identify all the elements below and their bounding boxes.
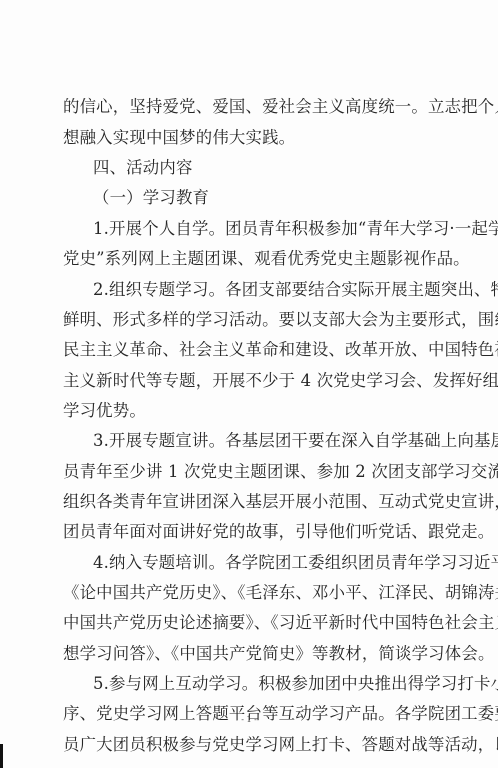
document-page: 的信心，坚持爱党、爱国、爱社会主义高度统一。立志把个人梦 想融入实现中国梦的伟大…: [0, 0, 498, 768]
paragraph-line: 民主主义革命、社会主义革命和建设、改革开放、中国特色社会: [63, 340, 455, 360]
scan-edge-mark: [0, 744, 3, 768]
subsection-heading: （一）学习教育: [93, 188, 485, 208]
paragraph-line: 想融入实现中国梦的伟大实践。: [63, 128, 455, 148]
paragraph-line: 主义新时代等专题，开展不少于 4 次党史学习会、发挥好组织化: [63, 371, 455, 391]
section-heading: 四、活动内容: [93, 158, 485, 178]
paragraph-line: 团员青年面对面讲好党的故事，引导他们听党话、跟党走。: [63, 522, 455, 542]
paragraph-line: 1.开展个人自学。团员青年积极参加“青年大学习·一起学: [93, 219, 455, 239]
paragraph-line: 学习优势。: [63, 401, 455, 421]
paragraph-line: 《论中国共产党历史》、《毛泽东、邓小平、江泽民、胡锦涛关于: [63, 583, 455, 603]
paragraph-line: 2.组织专题学习。各团支部要结合实际开展主题突出、特色: [93, 280, 455, 300]
paragraph-line: 3.开展专题宣讲。各基层团干要在深入自学基础上向基层团: [93, 431, 455, 451]
paragraph-line: 组织各类青年宣讲团深入基层开展小范围、互动式党史宣讲，向: [63, 492, 455, 512]
paragraph-line: 鲜明、形式多样的学习活动。要以支部大会为主要形式，围绕新: [63, 310, 455, 330]
paragraph-line: 员青年至少讲 1 次党史主题团课、参加 2 次团支部学习交流活动。: [63, 462, 455, 482]
paragraph-line: 中国共产党历史论述摘要》、《习近平新时代中国特色社会主义思: [63, 613, 455, 633]
paragraph-line: 员广大团员积极参与党史学习网上打卡、答题对战等活动，以更: [63, 735, 455, 755]
paragraph-line: 4.纳入专题培训。各学院团工委组织团员青年学习习近平: [93, 553, 455, 573]
paragraph-line: 党史”系列网上主题团课、观看优秀党史主题影视作品。: [63, 249, 455, 269]
paragraph-line: 想学习问答》、《中国共产党简史》等教材，简谈学习体会。: [63, 644, 455, 664]
page-number: - 1 -: [0, 715, 498, 724]
paragraph-line: 5.参与网上互动学习。积极参加团中央推出得学习打卡小程: [93, 674, 455, 694]
paragraph-line: 的信心，坚持爱党、爱国、爱社会主义高度统一。立志把个人梦: [63, 97, 455, 117]
